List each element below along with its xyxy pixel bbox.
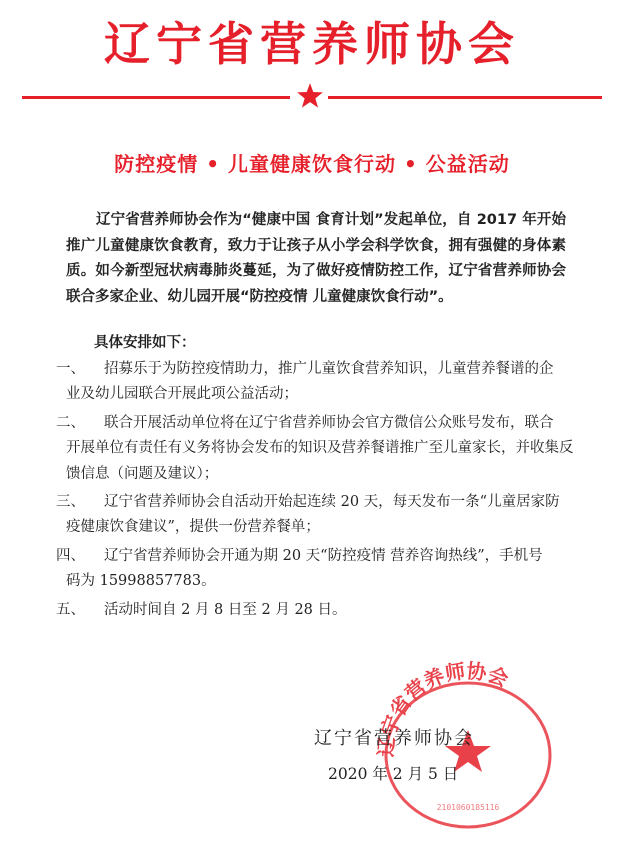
intro-paragraph: 辽宁省营养师协会作为“健康中国 食育计划”发起单位，自 2017 年开始推广儿童… [66,208,566,310]
item-3-line1: 辽宁省营养师协会自活动开始起连续 20 天，每天发布一条“儿童居家防 [104,490,584,516]
item-4-rest: 码为 15998857783。 [66,569,566,595]
item-1-line1: 招募乐于为防控疫情助力，推广儿童饮食营养知识，儿童营养餐谱的企 [104,357,584,383]
letterhead-rule-right [328,96,602,99]
signature-org: 辽宁省营养师协会 [314,724,474,750]
item-5-line1: 活动时间自 2 月 8 日至 2 月 28 日。 [104,598,584,624]
star-icon [296,82,324,110]
letterhead-rule-left [22,96,290,99]
svg-text:2101060185116: 2101060185116 [437,803,500,812]
item-2-rest: 开展单位有责任有义务将协会发布的知识及营养餐谱推广至儿童家长，并收集反馈信息（问… [66,436,576,487]
item-1-rest: 业及幼儿园联合开展此项公益活动； [66,382,566,408]
item-3-rest: 疫健康饮食建议”，提供一份营养餐单； [66,515,566,541]
item-4-line1: 辽宁省营养师协会开通为期 20 天“防控疫情 营养咨询热线”，手机号 [104,544,584,570]
document-title: 防控疫情 • 儿童健康饮食行动 • 公益活动 [0,148,624,177]
item-2-line1: 联合开展活动单位将在辽宁省营养师协会官方微信公众账号发布，联合 [104,411,584,437]
arrangement-heading: 具体安排如下： [94,331,196,357]
letterhead-title: 辽宁省营养师协会 [0,14,624,74]
signature-date: 2020 年 2 月 5 日 [328,762,458,784]
